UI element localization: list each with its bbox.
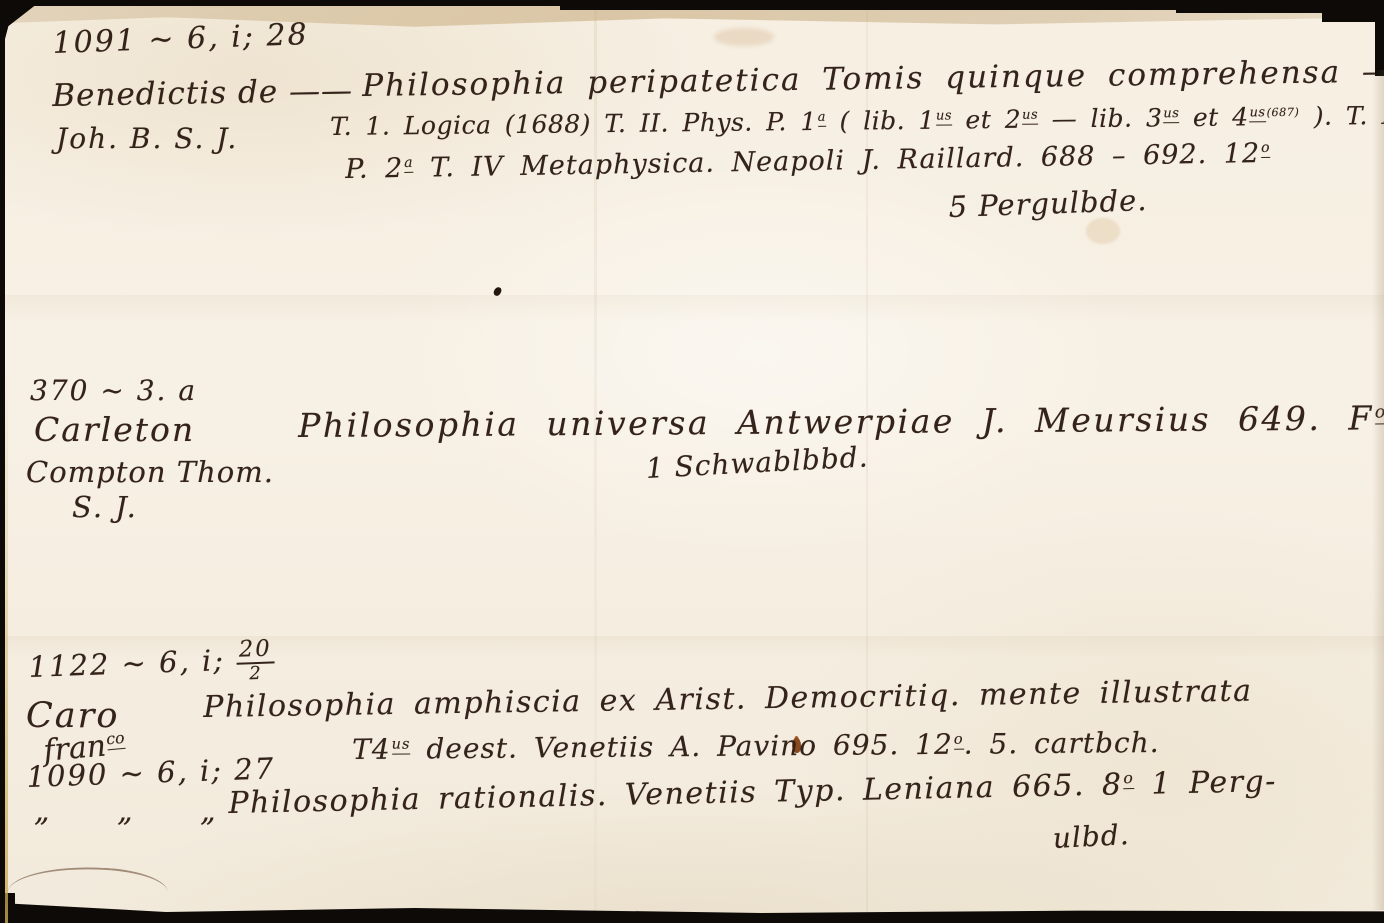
page-gilt-edge [5,369,8,923]
title-line: Philosophia amphiscia ex Arist. Democrit… [203,674,1253,725]
collation-line: P. 2a T. IV Metaphysica. Neapoli J. Rail… [345,138,1271,185]
scanned-document: 1091 ~ 6, i; 28 Benedictis de —— Philoso… [0,0,1384,923]
shelfmark-fraction: 202 [235,637,275,683]
author-name: Compton Thom. [26,455,274,489]
binding-note: 5 Pergulbde. [948,183,1148,224]
paper-shade [0,295,1384,321]
scan-edge-bottom [0,903,1384,923]
page-paper: 1091 ~ 6, i; 28 Benedictis de —— Philoso… [0,0,1384,923]
author-name: Joh. B. S. J. [56,122,238,155]
author-name: Benedictis de —— [52,73,353,114]
scan-edge-top [560,0,1200,10]
collation-line: T4us deest. Venetiis A. Pavino 695. 12o.… [352,726,1160,766]
title-line: Philosophia rationalis. Venetiis Typ. Le… [228,764,1277,821]
fraction-denominator: 2 [249,663,263,682]
ditto-marks: „ „ „ [34,794,216,829]
stain [714,28,774,46]
title-line: Philosophia universa Antwerpiae J. Meurs… [298,398,1384,445]
scan-edge-right [1375,0,1384,76]
shelfmark: 370 ~ 3. a [30,374,197,407]
stain [1086,218,1120,244]
author-order: S. J. [72,490,138,524]
shelfmark: 1091 ~ 6, i; 28 [52,17,309,61]
page-edge-shadow [1372,70,1384,910]
binding-note-continuation: ulbd. [1052,818,1130,855]
author-name: Carleton [34,410,195,449]
fraction-numerator: 20 [235,637,275,664]
shelfmark: 1122 ~ 6, i; 202 [28,641,276,694]
paper-crease [7,863,168,901]
title-line: Philosophia peripatetica Tomis quinque c… [362,54,1384,104]
binding-note: 1 Schwablbbd. [645,440,869,485]
shelfmark-prefix: 1122 ~ 6, i; [28,643,237,684]
collation-line: T. 1. Logica (1688) T. II. Phys. P. 1a (… [330,100,1384,141]
